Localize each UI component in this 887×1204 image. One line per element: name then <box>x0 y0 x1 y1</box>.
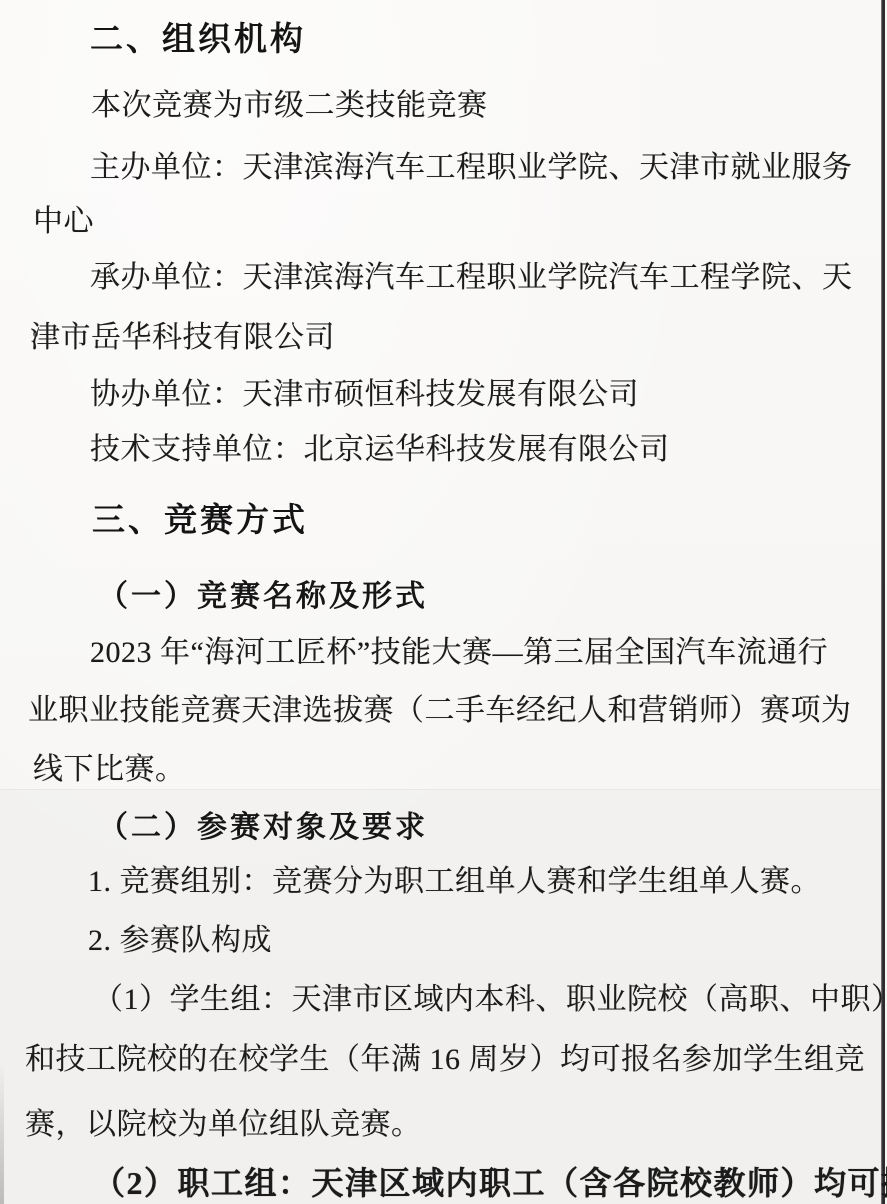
text-line-20: （2）职工组：天津区域内职工（含各院校教师）均可报名 <box>93 1158 887 1204</box>
text-line-16: 2. 参赛队构成 <box>88 915 272 959</box>
text-line-9: 三、竞赛方式 <box>92 494 308 541</box>
text-line-11: 2023 年“海河工匠杯”技能大赛—第三届全国汽车流通行 <box>90 627 828 671</box>
document-page: 二、组织机构本次竞赛为市级二类技能竞赛主办单位：天津滨海汽车工程职业学院、天津市… <box>0 0 887 1204</box>
scan-edge-line <box>881 0 885 1204</box>
text-line-13: 线下比赛。 <box>33 744 186 788</box>
text-line-4: 中心 <box>33 196 94 240</box>
text-line-12: 业职业技能竞赛天津选拔赛（二手车经纪人和营销师）赛项为 <box>28 685 852 729</box>
text-line-3: 主办单位：天津滨海汽车工程职业学院、天津市就业服务 <box>90 142 853 186</box>
scan-left-streak <box>0 1060 4 1204</box>
text-line-6: 津市岳华科技有限公司 <box>30 312 335 356</box>
text-line-14: （二）参赛对象及要求 <box>98 802 428 846</box>
text-line-10: （一）竞赛名称及形式 <box>98 571 428 615</box>
text-line-8: 技术支持单位：北京运华科技发展有限公司 <box>90 424 670 468</box>
text-line-7: 协办单位：天津市硕恒科技发展有限公司 <box>90 369 639 413</box>
text-line-19: 赛，以院校为单位组队竞赛。 <box>25 1099 422 1143</box>
text-line-15: 1. 竞赛组别：竞赛分为职工组单人赛和学生组单人赛。 <box>88 856 821 900</box>
text-line-18: 和技工院校的在校学生（年满 16 周岁）均可报名参加学生组竞 <box>25 1034 865 1078</box>
text-line-2: 本次竞赛为市级二类技能竞赛 <box>91 80 488 124</box>
text-line-17: （1）学生组：天津市区域内本科、职业院校（高职、中职） <box>93 974 887 1018</box>
text-line-1: 二、组织机构 <box>90 13 306 60</box>
text-line-5: 承办单位：天津滨海汽车工程职业学院汽车工程学院、天 <box>90 252 853 296</box>
